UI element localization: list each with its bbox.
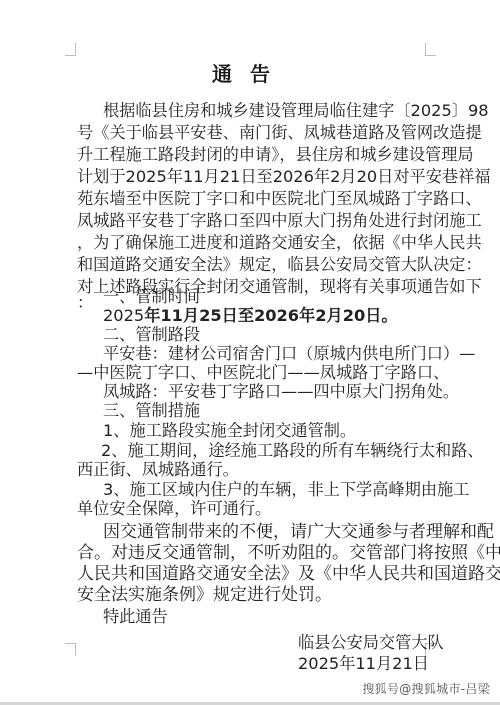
intro-line: ： [77,293,93,313]
closing-line: 因交通管制带来的不便，请广大交通参与者理解和配 [103,522,494,542]
page-corner-mark-bottom-left [65,643,76,656]
measure-line: 3、施工区域内住户的车辆，非上下学高峰期由施工 [103,480,469,500]
page-corner-mark-top-left [65,43,76,56]
intro-line: ，为了确保施工进度和道路交通安全，依据《中华人民共 [77,233,482,253]
intro-line: 凤城路平安巷丁字路口至四中原大门拐角处进行封闭施工 [77,211,482,231]
section-heading: 一、管制时间 [103,287,200,307]
intro-line: 苑东墙至中医院丁字口和中医院北门至凤城路丁字路口、 [77,189,482,209]
closing-line: 合。对违反交通管制，不听劝阻的。交管部门将按照《中华 [77,543,500,563]
issuer: 临县公安局交管大队 [298,633,444,653]
intro-line: 号《关于临县平安巷、南门街、凤城巷道路及管网改造提 [77,123,482,143]
issue-date: 2025年11月21日 [298,654,429,674]
page-corner-mark-top-right [425,43,436,56]
road-line: —中医院丁字口、中医院北门——凤城路丁字路口、 [77,363,449,383]
control-time-value: 2025年11月25日至2026年2月20日。 [103,306,398,326]
intro-line: 升工程施工路段封闭的申请》，县住房和城乡建设管理局 [77,145,474,165]
intro-line: 计划于2025年11月21日至2026年2月20日对平安巷祥福 [77,167,490,187]
control-time-year: 2025 [103,306,144,325]
measure-line: 1、施工路段实施全封闭交通管制。 [103,421,356,441]
intro-line: 根据临县住房和城乡建设管理局临住建字〔2025〕98 [103,101,489,121]
closing-line: 人民共和国道路交通安全法》及《中华人民共和国道路交通 [77,564,500,584]
section-heading: 三、管制措施 [103,401,200,421]
source-watermark: 搜狐号@搜狐城市-吕梁 [362,680,490,697]
measure-line: 2、施工期间，途经施工路段的所有车辆绕行太和路、 [101,441,484,461]
intro-line: 和国道路交通安全法》规定，临县公安局交管大队决定： [77,255,482,275]
closing-line: 安全法实施条例》规定进行处罚。 [77,585,332,605]
document-title: 通告 [0,58,500,87]
measure-line: 西正街、凤城路通行。 [77,460,239,480]
measure-line: 单位安全保障，许可通行。 [77,499,271,519]
control-time-range: 年11月25日至2026年2月20日。 [144,306,397,325]
section-heading: 二、管制路段 [103,325,200,345]
road-line: 平安巷：建材公司宿舍门口（原城内供电所门口）— [103,344,475,364]
special-notice: 特此通告 [103,607,168,627]
road-line: 凤城路：平安巷丁字路口——四中原大门拐角处。 [103,382,459,402]
